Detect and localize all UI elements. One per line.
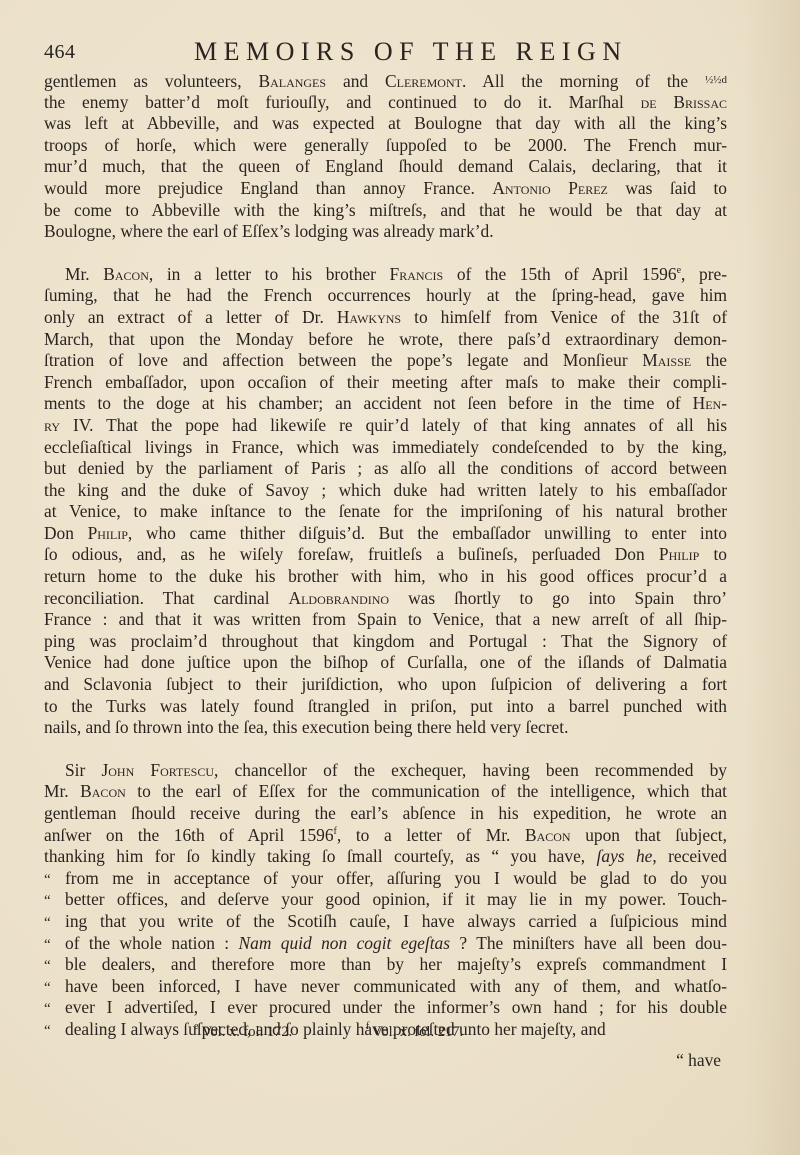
footnote-mark: e — [194, 1021, 198, 1032]
text-run: gentleman ſhould receive during the earl… — [44, 803, 727, 823]
text-run: was ſaid to — [608, 178, 727, 198]
text-run: and — [326, 71, 385, 91]
footnotes: e Vol. x. fol. 172. f Vol. x. fol. 217. — [44, 1024, 727, 1044]
text-run: . All the morning of the — [462, 71, 705, 91]
text-line: be come to Abbeville with the king’s miſ… — [44, 200, 727, 222]
small-caps-name: Hawkyns — [337, 307, 401, 327]
text-line: ſuming, that he had the French occurrenc… — [44, 285, 727, 307]
catchword: “ have — [676, 1050, 721, 1071]
paragraph: gentlemen as volunteers, Balanges and Cl… — [44, 70, 727, 243]
text-run: ſuming, that he had the French occurrenc… — [44, 285, 727, 305]
text-run: mur’d much, that the queen of England ſh… — [44, 156, 727, 176]
text-run: from me in acceptance of your offer, aſſ… — [65, 868, 727, 888]
text-run: anſwer on the 16th of April 1596 — [44, 825, 334, 845]
text-run: Sir — [65, 760, 101, 780]
text-line: reconciliation. That cardinal Aldobrandi… — [44, 588, 727, 610]
text-line: French embaſſador, upon occaſion of thei… — [44, 372, 727, 394]
text-run: March, that upon the Monday before he wr… — [44, 329, 727, 349]
text-run: , to a letter of Mr. — [337, 825, 525, 845]
text-line: ſtration of love and affection between t… — [44, 350, 727, 372]
text-run: ing that you write of the Scotiſh cauſe,… — [65, 911, 727, 931]
text-run: gentlemen as volunteers, — [44, 71, 258, 91]
text-line: troops of horſe, which were generally ſu… — [44, 135, 727, 157]
text-line: gentleman ſhould receive during the earl… — [44, 803, 727, 825]
text-line: only an extract of a letter of Dr. Hawky… — [44, 307, 727, 329]
text-line: but denied by the parliament of Paris ; … — [44, 458, 727, 480]
text-run: upon that ſubject, — [571, 825, 727, 845]
text-line: “from me in acceptance of your offer, aſ… — [44, 868, 727, 890]
text-line: Mr. Bacon to the earl of Eſſex for the c… — [44, 781, 727, 803]
text-line: the enemy batter’d moſt furiouſly, and c… — [44, 92, 727, 114]
text-run: nails, and ſo thrown into the ſea, this … — [44, 717, 568, 737]
text-line: would more prejudice England than annoy … — [44, 178, 727, 200]
text-line: Venice had done juſtice upon the biſhop … — [44, 652, 727, 674]
text-run: France : and that it was written from Sp… — [44, 609, 727, 629]
text-run: to the earl of Eſſex for the communicati… — [126, 781, 727, 801]
text-run: have been inforced, I have never communi… — [65, 976, 727, 996]
text-line: ſo odious, and, as he wiſely foreſaw, fr… — [44, 544, 727, 566]
quotation-mark: “ — [44, 891, 65, 913]
body-text: gentlemen as volunteers, Balanges and Cl… — [44, 70, 727, 1041]
text-line: the king and the duke of Savoy ; which d… — [44, 480, 727, 502]
text-run: only an extract of a letter of Dr. — [44, 307, 337, 327]
text-run: the — [691, 350, 727, 370]
footnote-f: f Vol. x. fol. 217. — [366, 1024, 463, 1041]
footnote-mark: f — [366, 1021, 369, 1032]
text-run: the king and the duke of Savoy ; which d… — [44, 480, 727, 500]
text-run: reconciliation. That cardinal — [44, 588, 289, 608]
text-run: ble dealers, and therefore more than by … — [65, 954, 727, 974]
small-caps-name: Francis — [390, 264, 444, 284]
small-caps-name: Balanges — [258, 71, 326, 91]
text-line: gentlemen as volunteers, Balanges and Cl… — [44, 70, 727, 92]
text-line: Mr. Bacon, in a letter to his brother Fr… — [44, 264, 727, 286]
italic-text: ſays he — [597, 846, 653, 866]
text-line: eccleſiaſtical livings in France, which … — [44, 437, 727, 459]
text-line: France : and that it was written from Sp… — [44, 609, 727, 631]
text-line: “have been inforced, I have never commun… — [44, 976, 727, 998]
text-run: be come to Abbeville with the king’s miſ… — [44, 200, 727, 220]
small-caps-name: de Brissac — [641, 92, 727, 112]
text-line: thanking him for ſo kindly taking ſo ſma… — [44, 846, 727, 868]
text-run: , chancellor of the exchequer, having be… — [214, 760, 727, 780]
small-caps-name: Cleremont — [385, 71, 462, 91]
text-run: ? The miniſters have all been dou- — [450, 933, 727, 953]
text-run: of the whole nation : — [65, 933, 239, 953]
text-run: ſo odious, and, as he wiſely foreſaw, fr… — [44, 544, 659, 564]
text-run: of the 15th of April 1596 — [443, 264, 676, 284]
text-run: but denied by the parliament of Paris ; … — [44, 458, 727, 478]
text-line: mur’d much, that the queen of England ſh… — [44, 156, 727, 178]
page-number: 464 — [44, 41, 76, 64]
text-line: ry IV. That the pope had likewiſe re qui… — [44, 415, 727, 437]
paragraph-gap — [44, 739, 727, 760]
italic-text: Nam quid non cogit egeſtas — [239, 933, 450, 953]
quotation-mark: “ — [44, 913, 65, 935]
quotation-mark: “ — [44, 870, 65, 892]
text-run: was ſhortly to go into Spain thro’ — [389, 588, 727, 608]
small-caps-name: Aldobrandino — [289, 588, 390, 608]
text-run: , pre- — [681, 264, 727, 284]
text-line: “ble dealers, and therefore more than by… — [44, 954, 727, 976]
text-run: French embaſſador, upon occaſion of thei… — [44, 372, 727, 392]
text-line: anſwer on the 16th of April 1596f, to a … — [44, 825, 727, 847]
small-caps-name: John Fortescu — [101, 760, 214, 780]
text-line: and Sclavonia ſubject to their juriſdict… — [44, 674, 727, 696]
text-run: ſtration of love and affection between t… — [44, 350, 642, 370]
text-run: was left at Abbeville, and was expected … — [44, 113, 727, 133]
text-run: , who came thither diſguis’d. But the em… — [128, 523, 727, 543]
running-head: 464 MEMOIRS OF THE REIGN — [44, 37, 727, 67]
text-run: Mr. — [44, 781, 80, 801]
text-run: ments to the doge at his chamber; an acc… — [44, 393, 693, 413]
text-line: “ever I advertiſed, I ever procured unde… — [44, 997, 727, 1019]
text-run: eccleſiaſtical livings in France, which … — [44, 437, 727, 457]
text-line: at Venice, to make inſtance to the ſenat… — [44, 501, 727, 523]
text-run: ever I advertiſed, I ever procured under… — [65, 997, 727, 1017]
footnote-text: Vol. x. fol. 172. — [202, 1024, 292, 1040]
text-run: Don — [44, 523, 88, 543]
text-run: and Sclavonia ſubject to their juriſdict… — [44, 674, 727, 694]
text-run: at Venice, to make inſtance to the ſenat… — [44, 501, 727, 521]
text-run: thanking him for ſo kindly taking ſo ſma… — [44, 846, 597, 866]
text-run: to — [699, 544, 727, 564]
text-run: , received — [652, 846, 727, 866]
quotation-mark: “ — [44, 956, 65, 978]
text-run: return home to the duke his brother with… — [44, 566, 727, 586]
footnote-text: Vol. x. fol. 217. — [373, 1024, 463, 1040]
small-caps-name: Bacon — [80, 781, 126, 801]
date-ordinal: ½½d — [705, 74, 727, 86]
running-title: MEMOIRS OF THE REIGN — [194, 37, 628, 67]
small-caps-name: Bacon — [103, 264, 149, 284]
small-caps-name: ry — [44, 415, 60, 435]
quotation-mark: “ — [44, 935, 65, 957]
small-caps-name: Antonio Perez — [492, 178, 608, 198]
text-line: March, that upon the Monday before he wr… — [44, 329, 727, 351]
text-line: “better offices, and deſerve your good o… — [44, 889, 727, 911]
paragraph-gap — [44, 243, 727, 264]
small-caps-name: Philip — [659, 544, 699, 564]
text-line: Sir John Fortescu, chancellor of the exc… — [44, 760, 727, 782]
text-run: Boulogne, where the earl of Eſſex’s lodg… — [44, 221, 494, 241]
text-run: the enemy batter’d moſt furiouſly, and c… — [44, 92, 641, 112]
text-run: to the Turks was lately found ſtrangled … — [44, 696, 727, 716]
text-run: Venice had done juſtice upon the biſhop … — [44, 652, 727, 672]
text-line: return home to the duke his brother with… — [44, 566, 727, 588]
text-run: better offices, and deſerve your good op… — [65, 889, 727, 909]
text-line: to the Turks was lately found ſtrangled … — [44, 696, 727, 718]
quotation-mark: “ — [44, 978, 65, 1000]
text-line: ping was proclaim’d throughout that king… — [44, 631, 727, 653]
text-line: ments to the doge at his chamber; an acc… — [44, 393, 727, 415]
small-caps-name: Philip — [88, 523, 128, 543]
text-run: troops of horſe, which were generally ſu… — [44, 135, 727, 155]
text-run: ping was proclaim’d throughout that king… — [44, 631, 727, 651]
text-line: was left at Abbeville, and was expected … — [44, 113, 727, 135]
paragraph: Sir John Fortescu, chancellor of the exc… — [44, 760, 727, 1041]
small-caps-name: Maisse — [642, 350, 691, 370]
text-line: Boulogne, where the earl of Eſſex’s lodg… — [44, 221, 727, 243]
small-caps-name: Bacon — [525, 825, 571, 845]
quotation-mark: “ — [44, 999, 65, 1021]
text-run: to himſelf from Venice of the 31ſt of — [401, 307, 727, 327]
footnote-e: e Vol. x. fol. 172. — [194, 1024, 292, 1041]
paragraph: Mr. Bacon, in a letter to his brother Fr… — [44, 264, 727, 739]
text-line: Don Philip, who came thither diſguis’d. … — [44, 523, 727, 545]
text-line: “of the whole nation : Nam quid non cogi… — [44, 933, 727, 955]
text-run: IV. That the pope had likewiſe re quir’d… — [60, 415, 727, 435]
text-line: nails, and ſo thrown into the ſea, this … — [44, 717, 727, 739]
text-line: “ing that you write of the Scotiſh cauſe… — [44, 911, 727, 933]
text-run: would more prejudice England than annoy … — [44, 178, 492, 198]
small-caps-name: Hen- — [693, 393, 727, 413]
text-run: Mr. — [65, 264, 103, 284]
text-run: , in a letter to his brother — [149, 264, 390, 284]
